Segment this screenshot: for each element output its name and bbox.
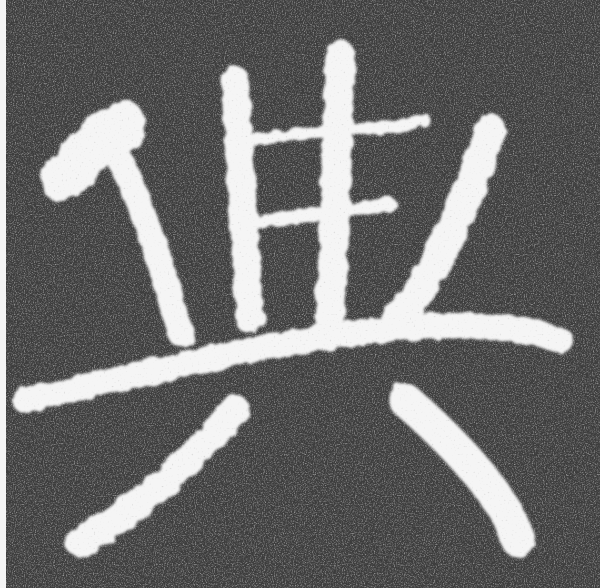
stone-pitting [0, 0, 600, 588]
calligraphy-rubbing [0, 0, 600, 588]
left-margin [0, 0, 6, 588]
